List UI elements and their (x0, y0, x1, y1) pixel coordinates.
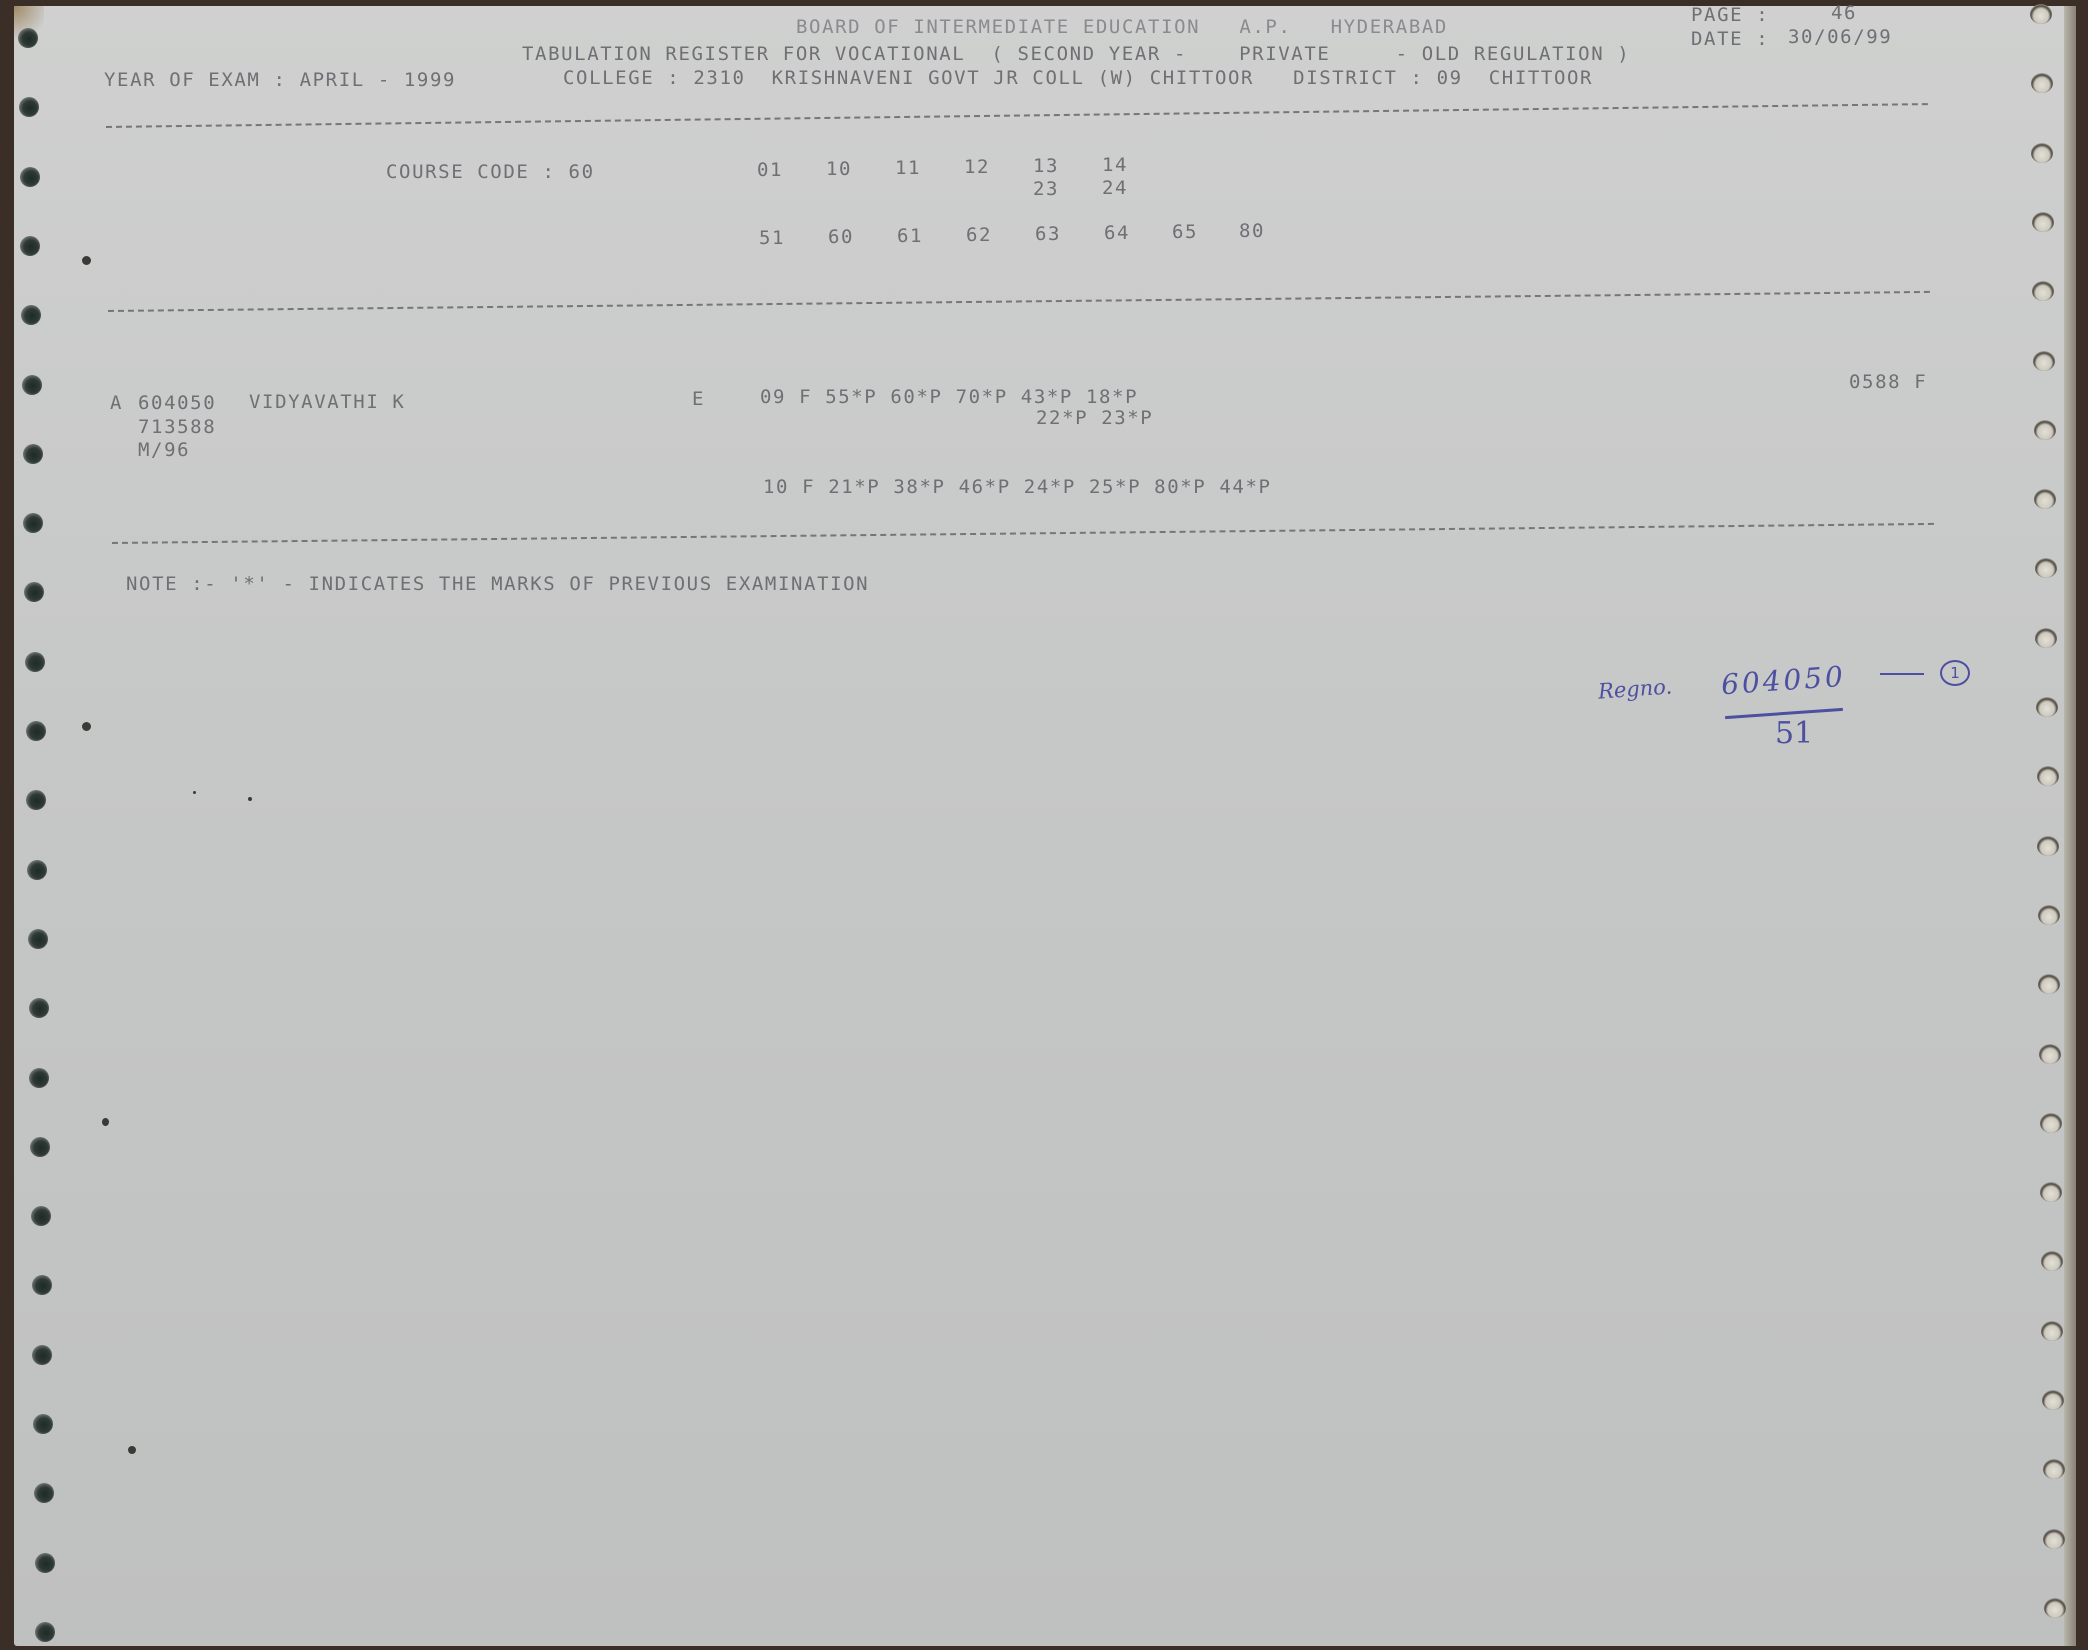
date-value: 30/06/99 (1788, 28, 1892, 47)
feed-hole (26, 721, 46, 741)
feed-hole (34, 1483, 54, 1503)
subject-code: 80 (1239, 222, 1265, 241)
subject-code: 62 (966, 226, 992, 245)
reg-number: 604050 (138, 394, 216, 413)
feed-hole (2033, 351, 2055, 371)
course-code: COURSE CODE : 60 (386, 163, 595, 182)
feed-hole (25, 652, 45, 672)
subject-code: 13 (1033, 157, 1059, 176)
total-result: 0588 F (1849, 373, 1927, 392)
subject-code: 63 (1035, 225, 1061, 244)
feed-hole (2037, 836, 2059, 856)
subject-code: 65 (1172, 223, 1198, 242)
feed-hole (27, 860, 47, 880)
feed-hole (2030, 4, 2052, 24)
ink-speck (82, 722, 91, 731)
record-prefix: A (110, 394, 123, 413)
feed-hole (2031, 73, 2053, 93)
feed-hole (2040, 1113, 2062, 1133)
feed-hole (18, 28, 38, 48)
feed-hole (2037, 766, 2059, 786)
ink-speck (128, 1446, 136, 1454)
feed-hole (2031, 143, 2053, 163)
feed-hole (2034, 420, 2056, 440)
feed-hole (2032, 212, 2054, 232)
feed-hole (2038, 905, 2060, 925)
feed-hole (33, 1414, 53, 1434)
feed-hole (2039, 1044, 2061, 1064)
ink-speck (193, 791, 196, 794)
feed-hole (2035, 628, 2057, 648)
ink-speck (102, 1118, 109, 1126)
student-name: VIDYAVATHI K (249, 393, 405, 412)
subject-code: 24 (1102, 179, 1128, 198)
feed-hole (2041, 1321, 2063, 1341)
subject-code: 61 (897, 227, 923, 246)
feed-hole (2036, 697, 2058, 717)
subject-code: 01 (757, 161, 783, 180)
subject-code: 64 (1104, 224, 1130, 243)
medium: E (692, 390, 705, 409)
feed-hole (2043, 1459, 2065, 1479)
tabulation-register-sheet (14, 6, 2076, 1646)
year-of-exam: YEAR OF EXAM : APRIL - 1999 (104, 71, 456, 90)
feed-hole (31, 1206, 51, 1226)
feed-hole (20, 167, 40, 187)
student-id: 713588 (138, 418, 216, 437)
feed-hole (32, 1345, 52, 1365)
feed-hole (22, 375, 42, 395)
part1-marks-cont: 22*P 23*P (1036, 409, 1153, 428)
feed-hole (2044, 1598, 2066, 1618)
ink-speck (248, 797, 252, 801)
subject-code: 51 (759, 229, 785, 248)
page-label: PAGE : (1691, 6, 1769, 25)
subject-code: 12 (964, 158, 990, 177)
feed-hole (23, 444, 43, 464)
dash-mark (1880, 673, 1924, 675)
subject-code: 11 (895, 159, 921, 178)
page-number: 46 (1831, 4, 1857, 23)
footnote: NOTE :- '*' - INDICATES THE MARKS OF PRE… (126, 575, 869, 594)
ink-speck (82, 256, 91, 265)
previous-exam: M/96 (138, 441, 190, 460)
register-title: TABULATION REGISTER FOR VOCATIONAL ( SEC… (522, 45, 1630, 64)
feed-hole (2043, 1529, 2065, 1549)
board-title: BOARD OF INTERMEDIATE EDUCATION A.P. HYD… (796, 18, 1448, 37)
paper-edge (2064, 6, 2076, 1646)
part2-marks: 10 F 21*P 38*P 46*P 24*P 25*P 80*P 44*P (763, 478, 1272, 497)
college-info: COLLEGE : 2310 KRISHNAVENI GOVT JR COLL … (563, 69, 1593, 88)
feed-hole (19, 97, 39, 117)
part1-marks: 09 F 55*P 60*P 70*P 43*P 18*P (760, 388, 1138, 407)
feed-hole (35, 1553, 55, 1573)
feed-hole (32, 1275, 52, 1295)
circled-number: 1 (1940, 660, 1970, 686)
subject-code: 10 (826, 160, 852, 179)
feed-hole (28, 929, 48, 949)
handwritten-denominator: 51 (1775, 716, 1813, 751)
feed-hole (2042, 1390, 2064, 1410)
subject-code: 23 (1033, 180, 1059, 199)
date-label: DATE : (1691, 30, 1769, 49)
subject-code: 60 (828, 228, 854, 247)
feed-hole (29, 998, 49, 1018)
subject-code: 14 (1102, 156, 1128, 175)
feed-hole (29, 1068, 49, 1088)
feed-hole (30, 1137, 50, 1157)
